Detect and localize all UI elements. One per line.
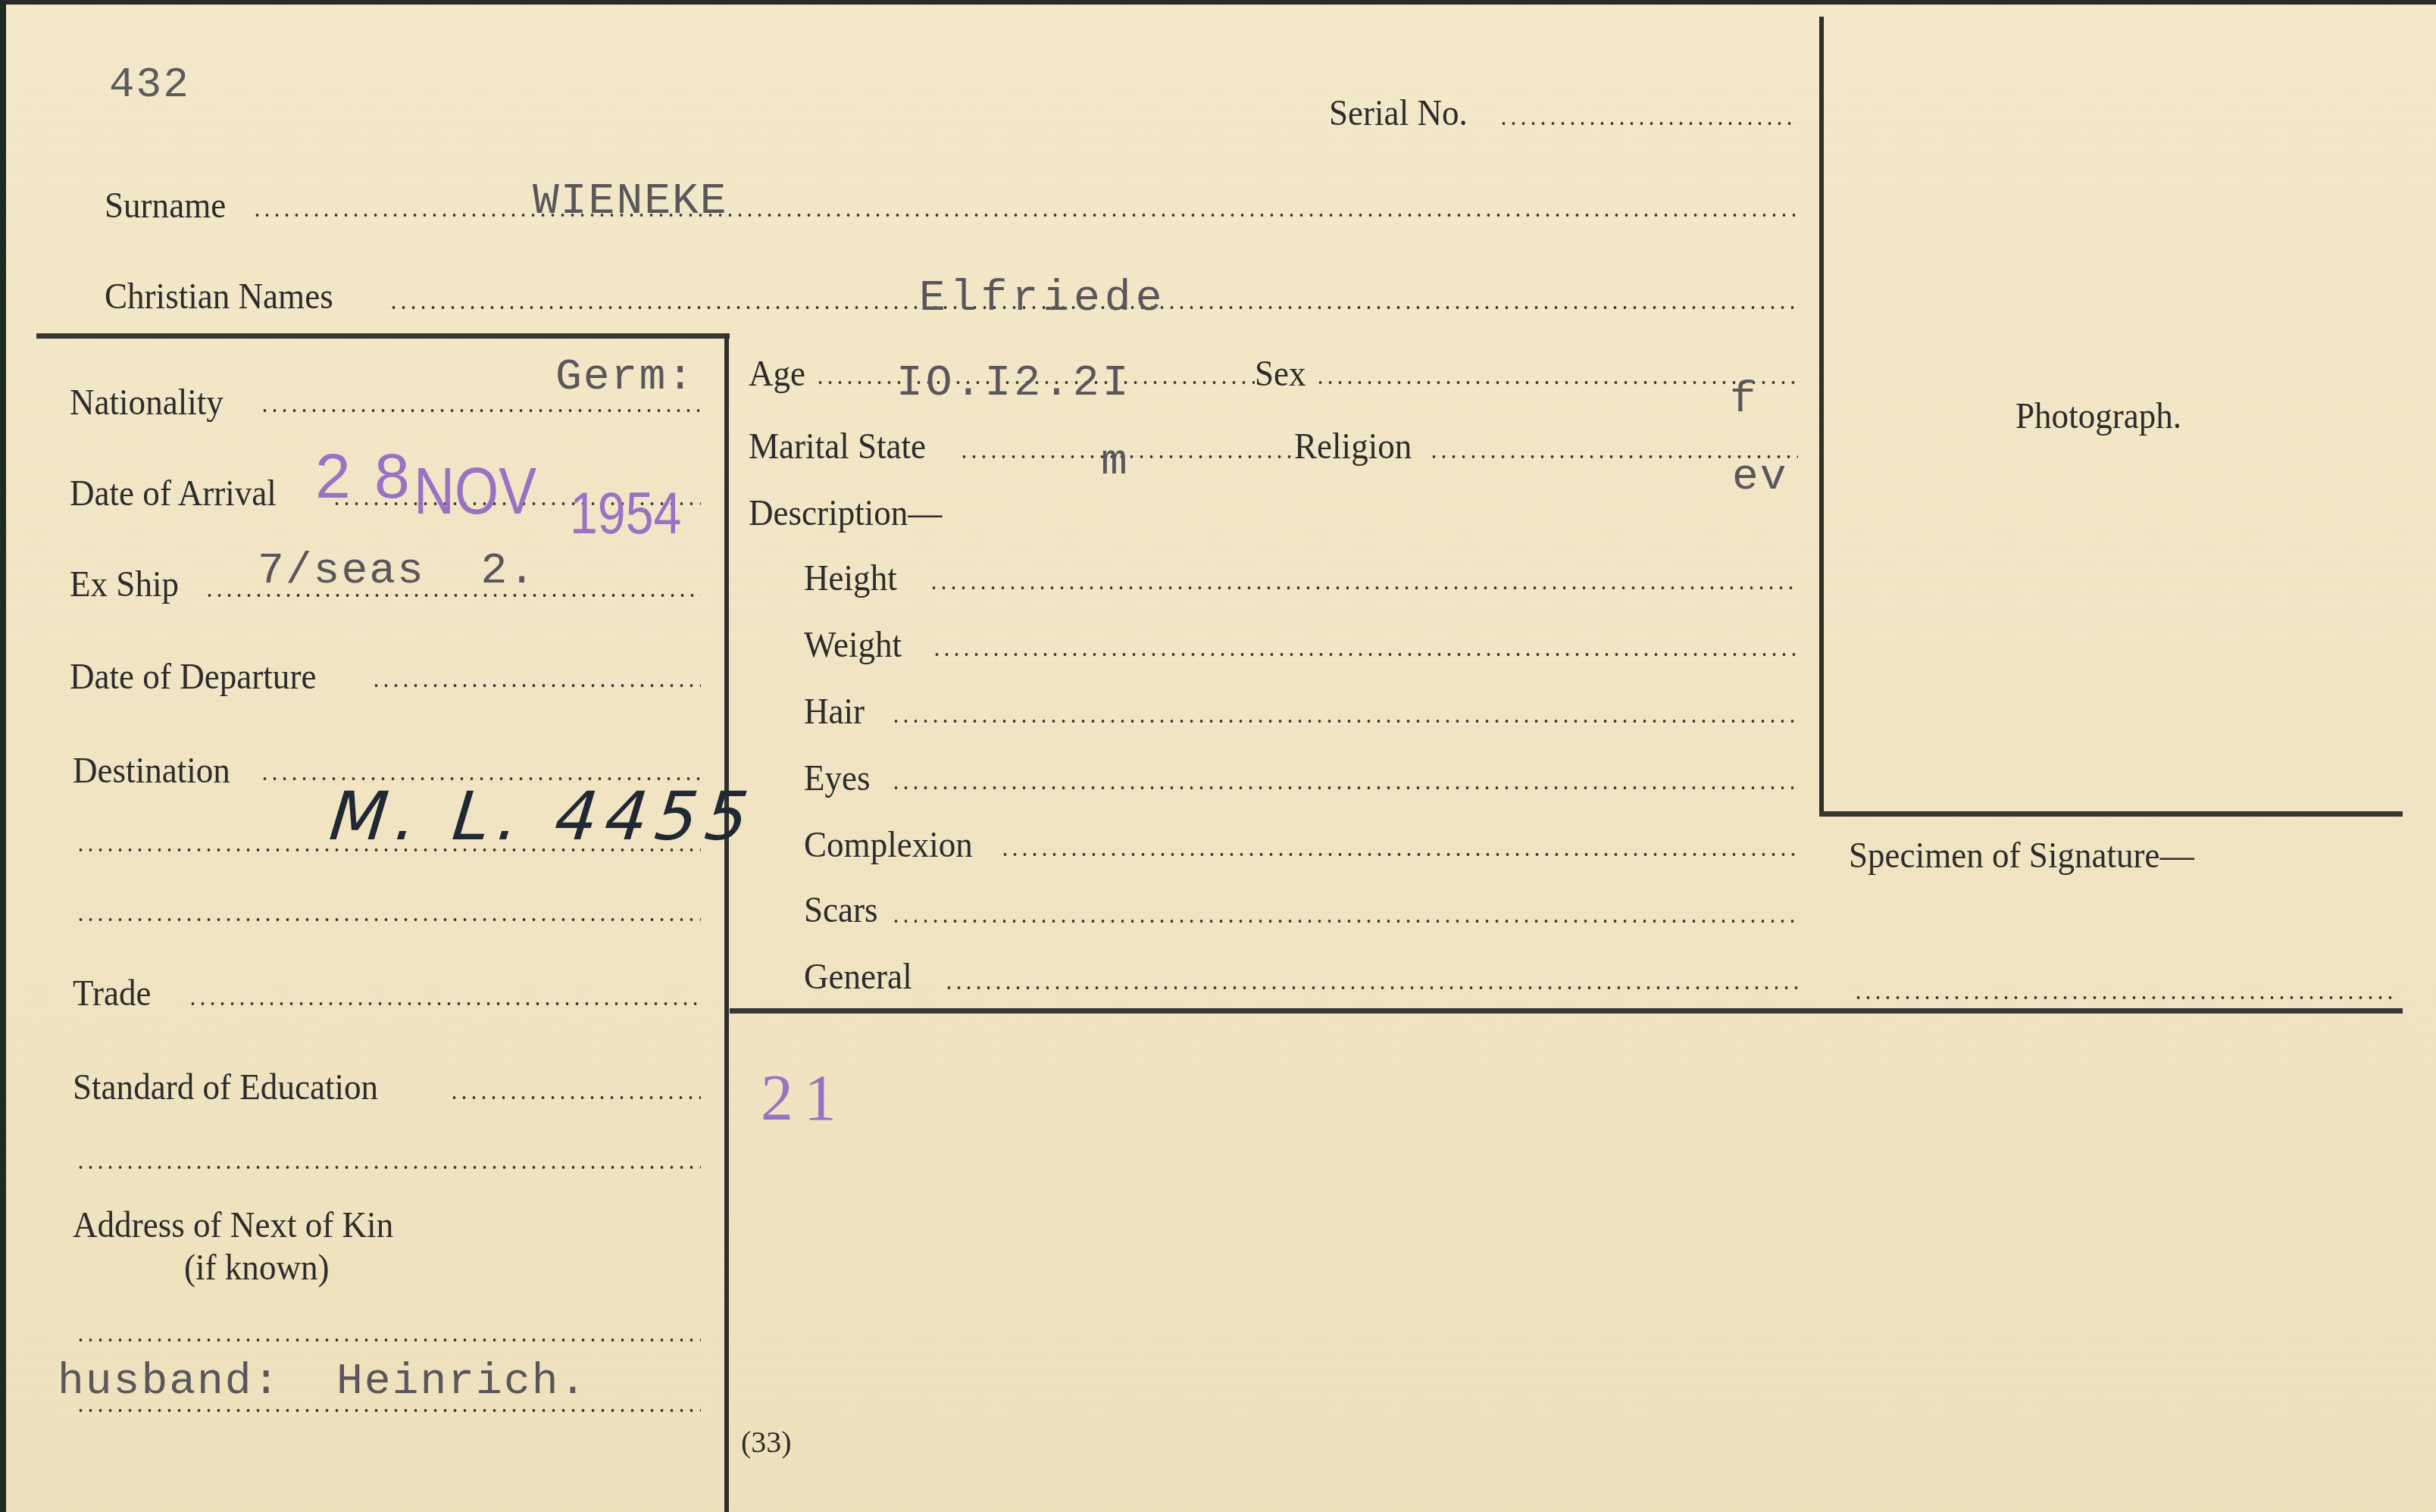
- complexion-label: Complexion: [804, 826, 973, 863]
- general-label: General: [804, 957, 912, 995]
- marital-state-value: m: [1101, 441, 1129, 485]
- age-value: IO.I2.2I: [896, 362, 1131, 406]
- religion-value: ev: [1732, 456, 1788, 500]
- arrival-stamp-day: 2 8: [315, 444, 413, 508]
- scars-label: Scars: [804, 891, 878, 928]
- divider-photo-vertical: [1819, 17, 1824, 817]
- surname-label: Surname: [105, 186, 226, 223]
- destination-label: Destination: [73, 751, 230, 789]
- surname-field[interactable]: [252, 213, 1798, 217]
- next-of-kin-sublabel: (if known): [184, 1248, 330, 1286]
- serial-no-label: Serial No.: [1329, 94, 1468, 131]
- weight-label: Weight: [804, 626, 902, 663]
- date-of-departure-label: Date of Departure: [70, 658, 316, 695]
- scars-field[interactable]: [891, 919, 1798, 923]
- weight-field[interactable]: [932, 652, 1798, 657]
- photograph-area: [1825, 17, 2400, 811]
- trade-field[interactable]: [188, 1001, 701, 1006]
- ex-ship-value: 7/seas 2.: [258, 550, 536, 594]
- trade-label: Trade: [73, 974, 152, 1011]
- arrival-stamp-month: NOV: [414, 458, 536, 524]
- sex-field[interactable]: [1315, 380, 1798, 385]
- complexion-field[interactable]: [1000, 852, 1798, 857]
- christian-names-value: Elfriede: [919, 277, 1166, 321]
- next-of-kin-value: husband: Heinrich.: [58, 1360, 587, 1404]
- destination-field-3[interactable]: [76, 917, 701, 922]
- destination-value: M. L. 4455: [327, 783, 758, 850]
- divider-photo-bottom: [1819, 811, 2403, 817]
- sex-value: f: [1730, 379, 1758, 423]
- stamp-number: 21: [761, 1065, 847, 1130]
- date-of-departure-field[interactable]: [371, 683, 701, 688]
- surname-value: WIENEKE: [533, 180, 728, 224]
- education-field-1[interactable]: [449, 1095, 701, 1100]
- divider-left-top: [36, 333, 730, 339]
- education-field-2[interactable]: [76, 1165, 701, 1170]
- hair-label: Hair: [804, 692, 865, 729]
- next-of-kin-label: Address of Next of Kin: [73, 1206, 393, 1243]
- divider-lower: [730, 1008, 2403, 1014]
- education-label: Standard of Education: [73, 1068, 378, 1105]
- ex-ship-label: Ex Ship: [70, 565, 179, 602]
- hair-field[interactable]: [891, 719, 1798, 723]
- registration-card: 432 Serial No. Surname WIENEKE Christian…: [0, 0, 2436, 1512]
- christian-names-label: Christian Names: [105, 277, 333, 314]
- sex-label: Sex: [1255, 355, 1306, 392]
- eyes-field[interactable]: [891, 786, 1798, 790]
- card-number: 432: [109, 64, 190, 106]
- serial-no-field[interactable]: [1499, 121, 1798, 126]
- nationality-value: Germ:: [555, 356, 695, 400]
- next-of-kin-field-1[interactable]: [76, 1338, 701, 1342]
- height-label: Height: [804, 559, 897, 596]
- eyes-label: Eyes: [804, 759, 871, 796]
- next-of-kin-field-2[interactable]: [76, 1408, 701, 1413]
- destination-field-2[interactable]: [76, 848, 701, 852]
- date-of-arrival-label: Date of Arrival: [70, 474, 277, 511]
- description-label: Description—: [749, 494, 942, 531]
- nationality-field[interactable]: [260, 408, 701, 413]
- arrival-stamp-year: 1954: [570, 483, 682, 542]
- signature-label: Specimen of Signature—: [1849, 836, 2194, 873]
- divider-left-vertical: [724, 333, 729, 1512]
- marital-state-label: Marital State: [749, 427, 926, 464]
- nationality-label: Nationality: [70, 383, 224, 420]
- form-number: (33): [741, 1424, 792, 1460]
- age-label: Age: [749, 355, 805, 392]
- height-field[interactable]: [929, 586, 1798, 590]
- religion-label: Religion: [1294, 427, 1412, 464]
- signature-field[interactable]: [1853, 995, 2399, 1000]
- general-field[interactable]: [944, 986, 1798, 990]
